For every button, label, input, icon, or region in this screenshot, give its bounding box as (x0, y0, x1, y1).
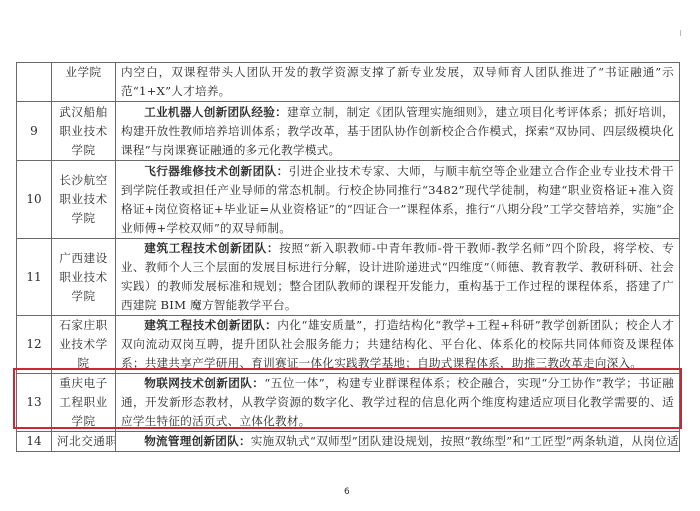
content-text: 实施双轨式“双师型”团队建设规划，按照“教练型”和“工匠型”两条轨道，从岗位适应… (251, 434, 680, 448)
team-name: 工业机器人创新团队经验： (144, 105, 287, 119)
row-number: 9 (17, 102, 52, 161)
row-content: 飞行器维修技术创新团队：引进企业技术专家、大师，与顺丰航空等企业建立合作企业专业… (116, 161, 680, 239)
table-row: 11 广西建设职业技术学院 建筑工程技术创新团队：按照“新入职教师-中青年教师-… (17, 239, 680, 316)
document-page: 业学院 内空白，双课程带头人团队开发的教学资源支撑了新专业发展，双导师育人团队推… (0, 0, 700, 511)
row-content: 物流管理创新团队：实施双轨式“双师型”团队建设规划，按照“教练型”和“工匠型”两… (116, 432, 680, 452)
row-number: 12 (17, 316, 52, 374)
team-name: 物流管理创新团队： (144, 434, 251, 448)
team-name: 建筑工程技术创新团队： (144, 241, 279, 255)
row-number: 11 (17, 239, 52, 316)
school-name: 石家庄职业技术学院 (52, 316, 116, 374)
row-number (17, 63, 52, 102)
school-name: 武汉船舶职业技术学院 (52, 102, 116, 161)
row-content: 工业机器人创新团队经验：建章立制，制定《团队管理实施细则》，建立项目化考评体系；… (116, 102, 680, 161)
table-row: 10 长沙航空职业技术学院 飞行器维修技术创新团队：引进企业技术专家、大师，与顺… (17, 161, 680, 239)
table-row-highlighted: 13 重庆电子工程职业学院 物联网技术创新团队：“五位一体”，构建专业群课程体系… (17, 374, 680, 432)
table-row: 12 石家庄职业技术学院 建筑工程技术创新团队：内化“雄安质量”，打造结构化“教… (17, 316, 680, 374)
team-name: 物联网技术创新团队： (144, 376, 264, 390)
row-number: 13 (17, 374, 52, 432)
school-name: 广西建设职业技术学院 (52, 239, 116, 316)
row-content: 物联网技术创新团队：“五位一体”，构建专业群课程体系；校企融合，实现“分工协作”… (116, 374, 680, 432)
table-row: 14 河北交通职 物流管理创新团队：实施双轨式“双师型”团队建设规划，按照“教练… (17, 432, 680, 452)
school-name: 长沙航空职业技术学院 (52, 161, 116, 239)
row-number: 14 (17, 432, 52, 452)
innovation-team-table: 业学院 内空白，双课程带头人团队开发的教学资源支撑了新专业发展，双导师育人团队推… (16, 62, 680, 452)
team-name: 飞行器维修技术创新团队： (144, 164, 289, 178)
school-name: 业学院 (52, 63, 116, 102)
page-number: 6 (344, 487, 350, 497)
table-row: 9 武汉船舶职业技术学院 工业机器人创新团队经验：建章立制，制定《团队管理实施细… (17, 102, 680, 161)
content-text: 内空白，双课程带头人团队开发的教学资源支撑了新专业发展，双导师育人团队推进了“书… (121, 65, 674, 98)
row-content: 建筑工程技术创新团队：内化“雄安质量”，打造结构化“教学+工程+科研”教学创新团… (116, 316, 680, 374)
team-name: 建筑工程技术创新团队： (144, 318, 277, 332)
row-number: 10 (17, 161, 52, 239)
row-content: 建筑工程技术创新团队：按照“新入职教师-中青年教师-骨干教师-教学名师”四个阶段… (116, 239, 680, 316)
table-row: 业学院 内空白，双课程带头人团队开发的教学资源支撑了新专业发展，双导师育人团队推… (17, 63, 680, 102)
school-name: 重庆电子工程职业学院 (52, 374, 116, 432)
row-content: 内空白，双课程带头人团队开发的教学资源支撑了新专业发展，双导师育人团队推进了“书… (116, 63, 680, 102)
scan-mark (680, 30, 681, 36)
school-name: 河北交通职 (52, 432, 116, 452)
